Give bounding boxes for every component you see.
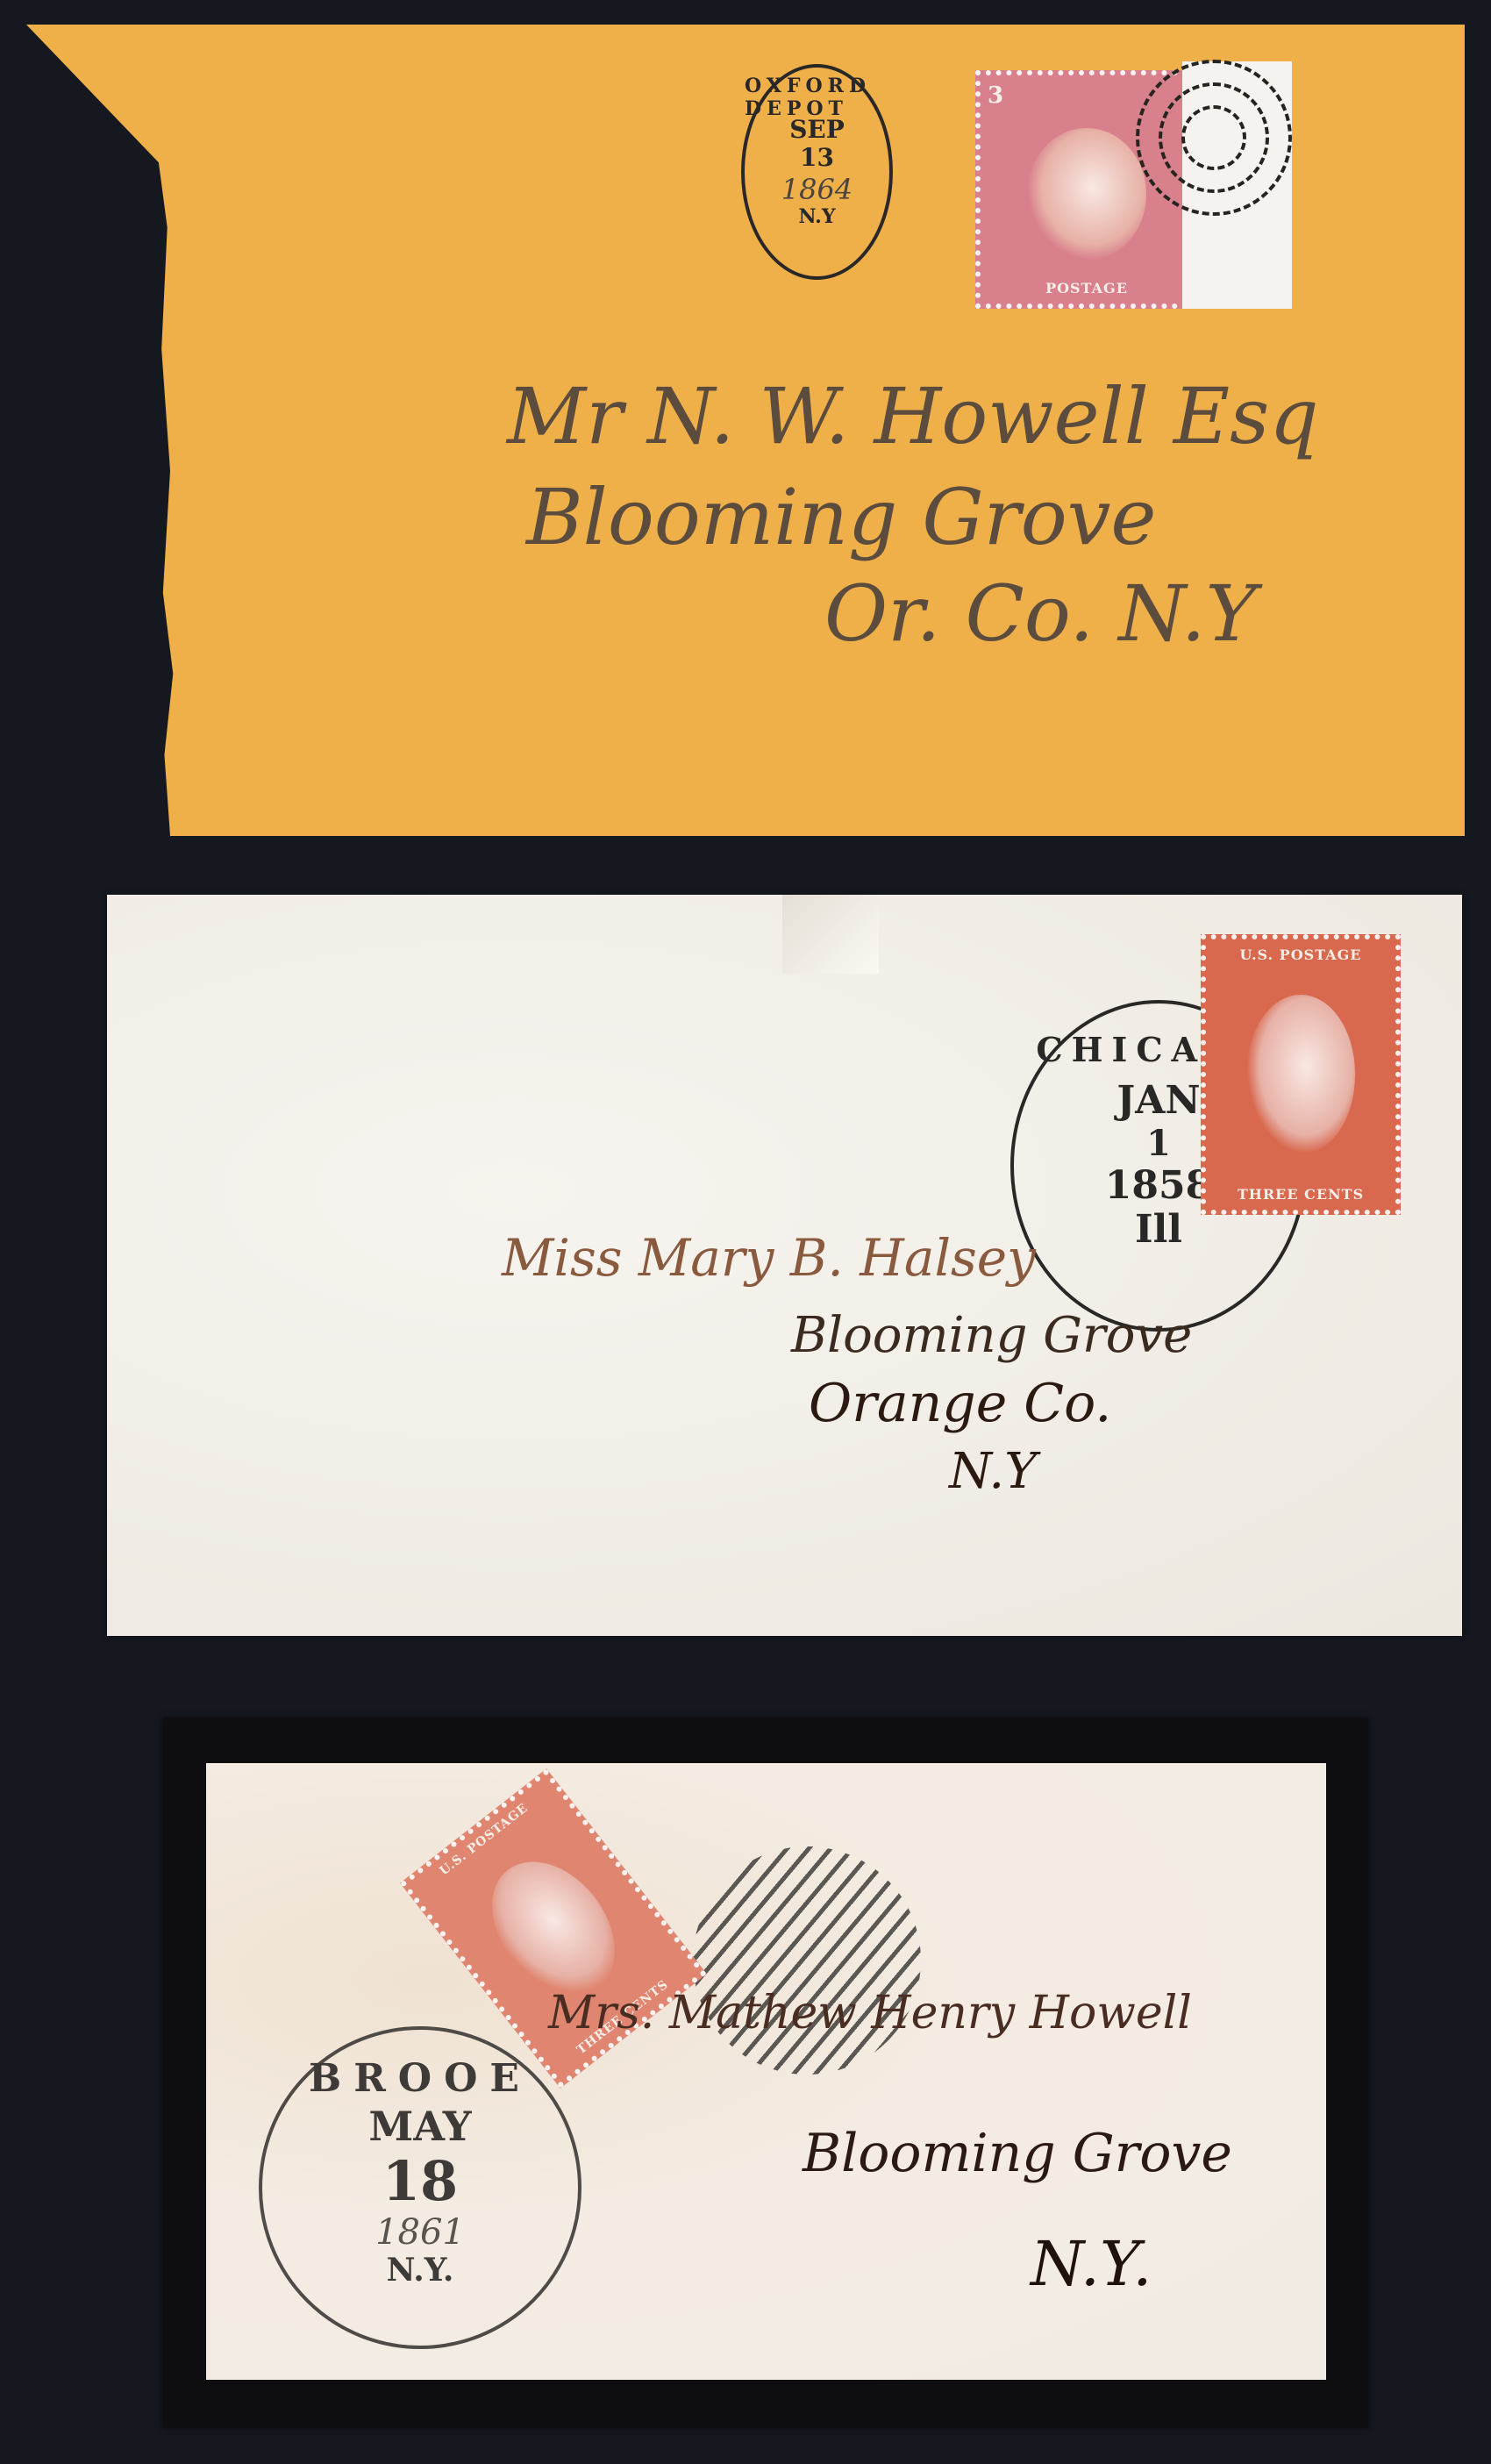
postmark-state: N.Y. (387, 2253, 454, 2289)
torn-flap (782, 895, 879, 974)
postmark-month: JAN (1116, 1079, 1200, 1124)
address-line-2: Blooming Grove (791, 1307, 1192, 1364)
postmark-year: 1858 (1105, 1164, 1212, 1209)
stamp-portrait (1246, 995, 1356, 1153)
cover-chicago: CHICAGO JAN 1 1858 Ill U.S. POSTAGE THRE… (107, 895, 1462, 1636)
postmark-month: MAY (368, 2103, 471, 2150)
postmark-state: N.Y (798, 206, 835, 228)
postmark-brooklyn: BROOE MAY 18 1861 N.Y. (259, 2026, 581, 2349)
cancel-grid (693, 1846, 921, 2075)
address-line-3: N.Y. (1031, 2228, 1152, 2300)
address-line-2: Blooming Grove (803, 2123, 1232, 2184)
stamp-text: POSTAGE (1045, 280, 1128, 296)
postmark-day: 13 (800, 144, 834, 172)
postmark-day: 1 (1146, 1124, 1171, 1164)
address-line-2: Blooming Grove (526, 472, 1156, 562)
stamp-3-cent-orange: U.S. POSTAGE THREE CENTS (1201, 934, 1401, 1215)
address-line-1: Miss Mary B. Halsey (502, 1228, 1036, 1288)
address-line-4: N.Y (949, 1443, 1037, 1500)
cover-brooklyn-mourning: U.S. POSTAGE THREE CENTS BROOE MAY 18 18… (162, 1718, 1368, 2428)
address-line-1: Mr N. W. Howell Esq (507, 371, 1319, 461)
cancel-concentric-circles (1136, 60, 1292, 216)
stamp-bottom-text: THREE CENTS (1238, 1186, 1364, 1203)
envelope-face: U.S. POSTAGE THREE CENTS BROOE MAY 18 18… (206, 1763, 1326, 2380)
stamp-value: 3 (988, 82, 1004, 109)
address-line-1: Mrs. Mathew Henry Howell (548, 1987, 1192, 2039)
postmark-day: 18 (382, 2150, 458, 2212)
postmark-year: 1864 (781, 173, 853, 206)
address-line-3: Orange Co. (809, 1373, 1111, 1434)
postmark-town: OXFORD DEPOT (745, 75, 889, 120)
postmark-town: BROOE (309, 2056, 531, 2101)
postmark-state: Ill (1135, 1208, 1182, 1253)
address-line-3: Or. Co. N.Y (824, 568, 1257, 659)
stamp-portrait (1027, 128, 1146, 261)
cover-oxford-depot: OXFORD DEPOT SEP 13 1864 N.Y 3 POSTAGE M… (26, 25, 1465, 836)
postmark-oxford-depot: OXFORD DEPOT SEP 13 1864 N.Y (741, 64, 893, 280)
stamp-top-text: U.S. POSTAGE (1239, 946, 1361, 963)
postmark-year: 1861 (375, 2212, 465, 2253)
